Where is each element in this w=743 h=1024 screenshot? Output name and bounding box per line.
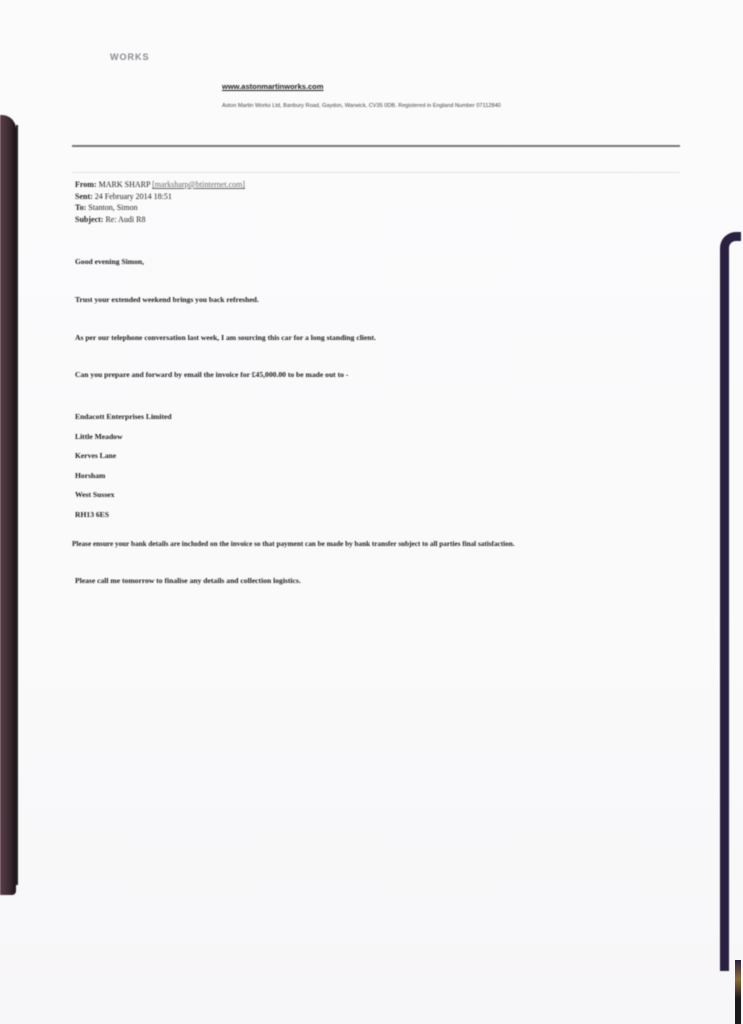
paragraph-4: Please ensure your bank details are incl…	[72, 540, 515, 548]
sent-label: Sent:	[75, 192, 93, 201]
subject-value: Re: Audi R8	[105, 215, 145, 224]
address-line: West Sussex	[75, 485, 172, 505]
from-label: From:	[75, 180, 97, 189]
printed-email-page: WORKS www.astonmartinworks.com Aston Mar…	[0, 0, 743, 1024]
paragraph-2: As per our telephone conversation last w…	[75, 333, 376, 342]
address-line: Little Meadow	[75, 427, 172, 447]
paragraph-3: Can you prepare and forward by email the…	[75, 370, 348, 379]
sent-row: Sent: 24 February 2014 18:51	[75, 191, 245, 203]
sent-value: 24 February 2014 18:51	[95, 192, 172, 201]
greeting: Good evening Simon,	[75, 257, 144, 266]
to-value: Stanton, Simon	[88, 203, 137, 212]
invoice-address: Endacott Enterprises Limited Little Mead…	[75, 407, 172, 524]
header-divider	[72, 145, 680, 147]
to-label: To:	[75, 203, 86, 212]
address-line: Kerves Lane	[75, 446, 172, 466]
from-email: [marksharp@btinternet.com]	[152, 180, 245, 189]
subject-label: Subject:	[75, 215, 103, 224]
right-binder-clip	[720, 232, 741, 971]
paragraph-1: Trust your extended weekend brings you b…	[75, 295, 259, 304]
to-row: To: Stanton, Simon	[75, 202, 245, 214]
right-binder-clip-end	[735, 960, 741, 1024]
address-line: RH13 6ES	[75, 505, 172, 525]
faint-divider	[72, 172, 680, 173]
letterhead-company-info: Aston Martin Works Ltd, Banbury Road, Ga…	[222, 103, 501, 109]
letterhead-logo: WORKS	[110, 52, 150, 62]
address-line: Endacott Enterprises Limited	[75, 407, 172, 427]
left-binder-edge	[0, 115, 16, 895]
address-line: Horsham	[75, 466, 172, 486]
from-row: From: MARK SHARP [marksharp@btinternet.c…	[75, 179, 245, 191]
letterhead-website: www.astonmartinworks.com	[222, 82, 323, 91]
paragraph-5: Please call me tomorrow to finalise any …	[75, 576, 301, 585]
subject-row: Subject: Re: Audi R8	[75, 214, 245, 226]
email-header: From: MARK SHARP [marksharp@btinternet.c…	[75, 179, 245, 225]
from-name: MARK SHARP	[99, 180, 151, 189]
